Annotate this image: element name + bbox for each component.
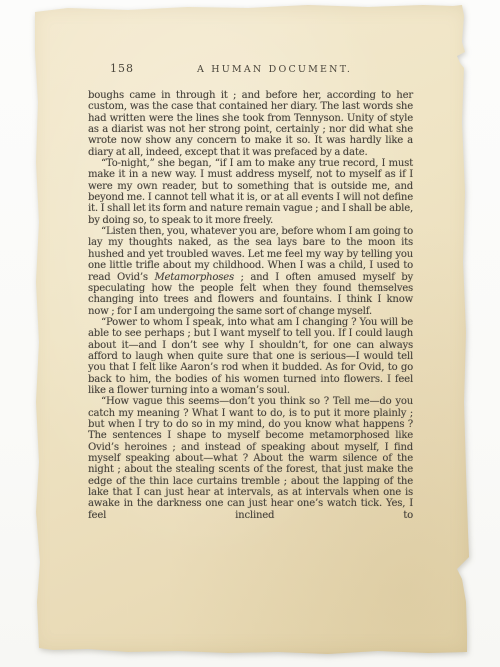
paragraph-text: “To-night,” she began, “if I am to make …: [88, 158, 413, 226]
page-header: 158 A HUMAN DOCUMENT.: [88, 62, 413, 77]
paper-sheet: 158 A HUMAN DOCUMENT. boughs came in thr…: [28, 2, 472, 656]
book-title-italic: Metamorphoses: [154, 272, 234, 283]
paragraph: “How vague this seems—don’t you think so…: [88, 396, 413, 521]
paragraph: “Power to whom I speak, into what am I c…: [88, 317, 413, 396]
paragraph: “To-night,” she began, “if I am to make …: [88, 158, 413, 226]
paragraph-text: “How vague this seems—don’t you think so…: [88, 396, 413, 520]
page-body: boughs came in through it ; and before h…: [88, 90, 413, 521]
page-number: 158: [110, 62, 134, 75]
paragraph: “Listen then, you, whatever you are, bef…: [88, 226, 413, 317]
paragraph-text: boughs came in through it ; and before h…: [88, 90, 413, 158]
paragraph: boughs came in through it ; and before h…: [88, 90, 413, 158]
scan-background: 158 A HUMAN DOCUMENT. boughs came in thr…: [0, 0, 500, 667]
running-title: A HUMAN DOCUMENT.: [197, 64, 352, 75]
paragraph-text: “Power to whom I speak, into what am I c…: [88, 317, 413, 396]
book-page: 158 A HUMAN DOCUMENT. boughs came in thr…: [28, 2, 472, 656]
